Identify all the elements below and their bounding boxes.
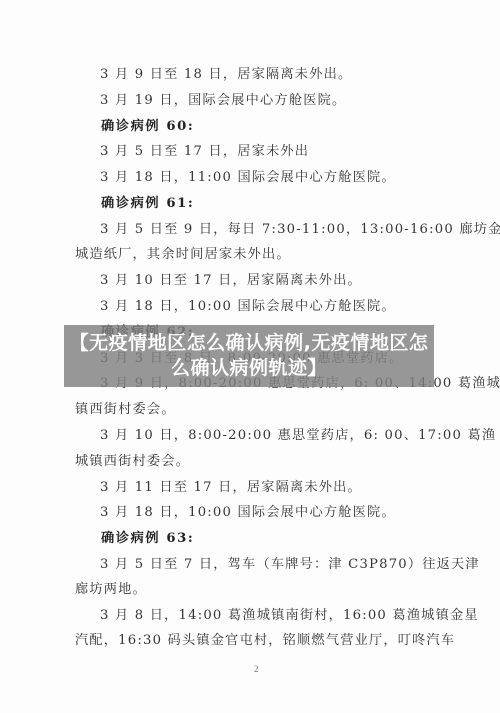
banner-title: 【无疫情地区怎么确认病例,无疫情地区怎么确认病例轨迹】 <box>69 331 429 381</box>
document-line: 3 月 10 日，8:00-20:00 惠思堂药店，6: 00、17:00 葛渔 <box>100 423 496 449</box>
document-line: 3 月 8 日，14:00 葛渔城镇南街村，16:00 葛渔城镇金星 <box>100 603 479 629</box>
document-line: 城镇西街村委会。 <box>75 449 190 475</box>
case-heading: 确诊病例 63: <box>101 526 194 552</box>
document-line: 3 月 18 日，11:00 国际会展中心方舱医院。 <box>100 165 396 191</box>
document-line: 汽配，16:30 码头镇金官屯村，铭顺燃气营业厅，叮咚汽车 <box>75 628 455 654</box>
page-number: 2 <box>254 664 259 674</box>
case-heading: 确诊病例 60: <box>101 114 194 140</box>
document-line: 镇西街村委会。 <box>75 397 176 423</box>
case-heading: 确诊病例 61: <box>101 191 194 217</box>
document-line: 3 月 5 日至 7 日，驾车（车牌号：津 C3P870）往返天津 <box>100 552 480 578</box>
document-line: 3 月 10 日至 17 日，居家隔离未外出。 <box>100 268 362 294</box>
document-line: 3 月 18 日，10:00 国际会展中心方舱医院。 <box>100 500 396 526</box>
document-line: 廊坊两地。 <box>75 577 147 603</box>
document-line: 3 月 9 日至 18 日，居家隔离未外出。 <box>100 62 352 88</box>
title-banner: 【无疫情地区怎么确认病例,无疫情地区怎么确认病例轨迹】 <box>64 325 434 387</box>
document-line: 3 月 11 日至 17 日，居家隔离未外出。 <box>100 475 362 501</box>
document-line: 3 月 19 日，国际会展中心方舱医院。 <box>100 88 346 114</box>
document-line: 3 月 5 日至 9 日，每日 7:30-11:00，13:00-16:00 廊… <box>100 217 500 243</box>
document-line: 3 月 5 日至 17 日，居家未外出 <box>100 139 309 165</box>
document-line: 城造纸厂，其余时间居家未外出。 <box>75 242 291 268</box>
document-line: 3 月 18 日，10:00 国际会展中心方舱医院。 <box>100 294 396 320</box>
